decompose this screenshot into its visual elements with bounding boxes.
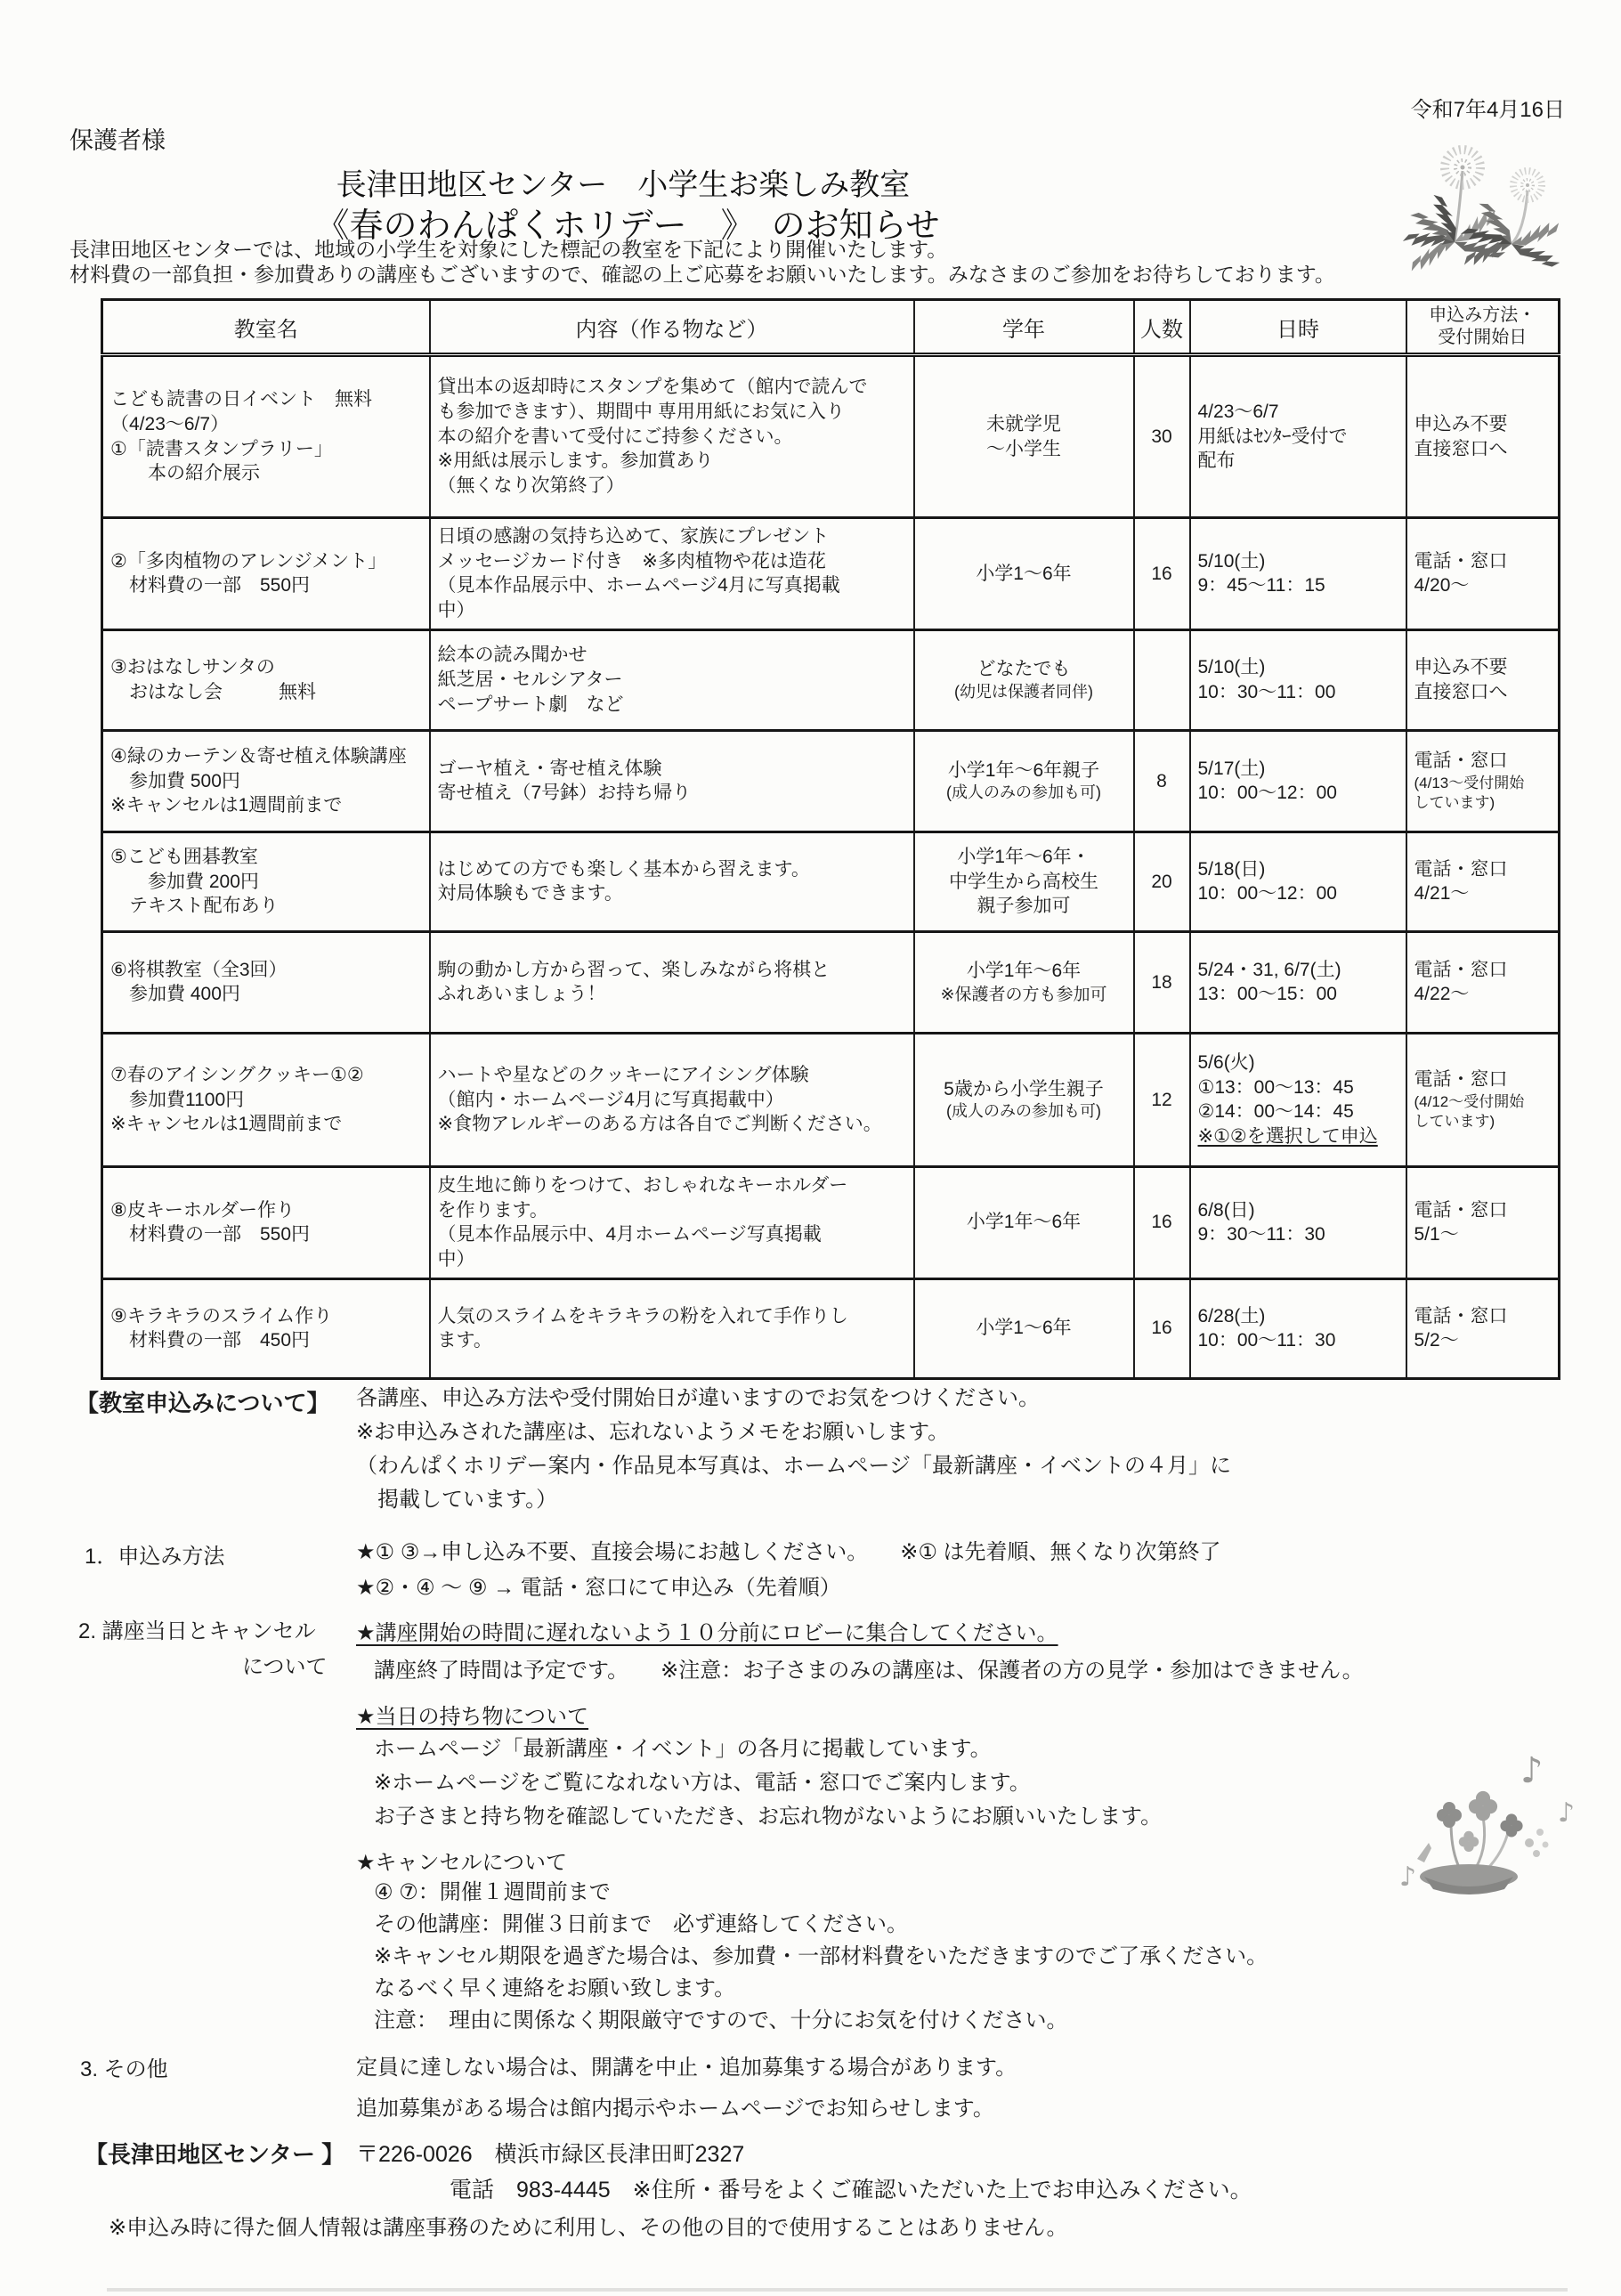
cell-line: ①13：00～13：45	[1198, 1075, 1398, 1100]
belongings-lines: ホームページ「最新講座・イベント」の各月に掲載しています。※ホームページをご覧に…	[374, 1732, 1162, 1834]
table-row: ②「多肉植物のアレンジメント」 材料費の一部 550円日頃の感謝の気持ち込めて、…	[102, 518, 1560, 630]
text-line: ※ホームページをご覧になれない方は、電話・窓口でご案内します。	[374, 1766, 1162, 1800]
cell-line: 直接窓口へ	[1414, 680, 1552, 705]
cell-line: 親子参加可	[922, 894, 1126, 919]
cell-line: (成人のみの参加も可)	[922, 1101, 1126, 1123]
cell-content: はじめての方でも楽しく基本から習えます。対局体験もできます。	[430, 832, 914, 931]
cell-line: 5歳から小学生親子	[922, 1077, 1126, 1102]
cell-capacity: 12	[1134, 1033, 1190, 1166]
text-line: ★① ③→申し込み不要、直接会場にお越しください。 ※① は先着順、無くなり次第…	[356, 1535, 1221, 1570]
cell-name: ⑤こども囲碁教室 参加費 200円 テキスト配布あり	[102, 832, 430, 931]
cell-grade: どなたでも(幼児は保護者同伴)	[914, 629, 1134, 730]
cell-line: 6/28(土)	[1198, 1304, 1398, 1329]
cell-line: 5/10(土)	[1198, 655, 1398, 680]
cell-line: 中学生から高校生	[922, 870, 1126, 895]
cell-line: テキスト配布あり	[110, 894, 422, 919]
cell-content: ハートや星などのクッキーにアイシング体験（館内・ホームページ4月に写真掲載中）※…	[430, 1033, 914, 1166]
cell-datetime: 5/18(日)10：00～12：00	[1190, 832, 1406, 931]
text-line: 追加募集がある場合は館内掲示やホームページでお知らせします。	[356, 2089, 1017, 2130]
text-line: 掲載しています。）	[356, 1483, 1231, 1517]
cell-line: しています)	[1414, 793, 1552, 813]
cell-line: (幼児は保護者同伴)	[922, 682, 1126, 703]
text-line: 注意： 理由に関係なく期限厳守ですので、十分にお気を付けください。	[374, 2005, 1268, 2037]
cell-line: 対局体験もできます。	[438, 881, 906, 906]
cell-capacity: 20	[1134, 832, 1190, 931]
text-line: なるべく早く連絡をお願い致します。	[374, 1973, 1268, 2005]
cell-line: 小学1～6年	[922, 562, 1126, 587]
cell-line: ハートや星などのクッキーにアイシング体験	[438, 1063, 906, 1088]
cell-grade: 小学1～6年	[914, 1278, 1134, 1378]
cell-line: はじめての方でも楽しく基本から習えます。	[438, 857, 906, 882]
table-row: ⑧皮キーホルダー作り 材料費の一部 550円皮生地に飾りをつけて、おしゃれなキー…	[102, 1166, 1560, 1278]
cell-capacity: 18	[1134, 931, 1190, 1033]
cell-line: 電話・窓口	[1414, 958, 1552, 983]
cell-name: ④緑のカーテン＆寄せ植え体験講座 参加費 500円※キャンセルは1週間前まで	[102, 730, 430, 832]
item1-lines: ★① ③→申し込み不要、直接会場にお越しください。 ※① は先着順、無くなり次第…	[356, 1535, 1221, 1606]
footer-center-label: 【長津田地区センター 】	[85, 2137, 344, 2170]
cell-line: 用紙はｾﾝﾀｰ受付で	[1198, 425, 1398, 450]
cell-name: ⑧皮キーホルダー作り 材料費の一部 550円	[102, 1166, 430, 1278]
svg-text:♪: ♪	[1399, 1862, 1416, 1893]
item1-label: 1．申込み方法	[85, 1538, 224, 1570]
cell-line: （館内・ホームページ4月に写真掲載中）	[438, 1088, 906, 1113]
cell-line: ます。	[438, 1328, 906, 1353]
cell-content: ゴーヤ植え・寄せ植え体験寄せ植え（7号鉢）お持ち帰り	[430, 730, 914, 832]
item2-label-line2: について	[242, 1649, 328, 1680]
cell-line: 電話・窓口	[1414, 1304, 1552, 1329]
cell-line: ⑤こども囲碁教室	[110, 845, 422, 870]
cell-apply: 電話・窓口5/2～	[1406, 1278, 1560, 1378]
cell-line: 貸出本の返却時にスタンプを集めて（館内で読んで	[438, 375, 906, 400]
cell-line: ②14：00～14：45	[1198, 1099, 1398, 1124]
table-row: こども読書の日イベント 無料（4/23～6/7）①「読書スタンプラリー」 本の紹…	[102, 355, 1560, 518]
col-header-class-name: 教室名	[102, 300, 430, 355]
cell-line: 材料費の一部 450円	[110, 1328, 422, 1353]
document-date: 令和7年4月16日	[1411, 92, 1565, 123]
cell-line: を作ります。	[438, 1198, 906, 1223]
text-line: その他講座：開催３日前まで 必ず連絡してください。	[374, 1909, 1268, 1941]
notes-section-lines: 各講座、申込み方法や受付開始日が違いますのでお気をつけください。※お申込みされた…	[356, 1382, 1231, 1517]
cell-line: 絵本の読み聞かせ	[438, 643, 906, 668]
table-row: ⑨キラキラのスライム作り 材料費の一部 450円人気のスライムをキラキラの粉を入…	[102, 1278, 1560, 1378]
cell-capacity: 16	[1134, 1278, 1190, 1378]
cell-grade: 小学1～6年	[914, 518, 1134, 630]
cell-line: 10：30～11：00	[1198, 680, 1398, 705]
col-header-capacity: 人数	[1134, 300, 1190, 355]
cell-content: 日頃の感謝の気持ち込めて、家族にプレゼントメッセージカード付き ※多肉植物や花は…	[430, 518, 914, 630]
cell-datetime: 6/28(土)10：00～11：30	[1190, 1278, 1406, 1378]
cell-line: ※キャンセルは1週間前まで	[110, 793, 422, 818]
cell-datetime: 6/8(日)9：30～11：30	[1190, 1166, 1406, 1278]
cell-name: ⑨キラキラのスライム作り 材料費の一部 450円	[102, 1278, 430, 1378]
cell-grade: 5歳から小学生親子(成人のみの参加も可)	[914, 1033, 1134, 1166]
cell-line: 人気のスライムをキラキラの粉を入れて手作りし	[438, 1304, 906, 1329]
col-header-datetime: 日時	[1190, 300, 1406, 355]
cell-line: 小学1年～6年・	[922, 845, 1126, 870]
cell-line: 中）	[438, 1247, 906, 1272]
cell-line: メッセージカード付き ※多肉植物や花は造花	[438, 549, 906, 574]
col-header-apply: 申込み方法・ 受付開始日	[1406, 300, 1560, 355]
item2-rule-punctuality: ★講座開始の時間に遅れないよう１０分前にロビーに集合してください。	[356, 1615, 1058, 1646]
cell-line: 5/2～	[1414, 1328, 1552, 1353]
classes-table-body: こども読書の日イベント 無料（4/23～6/7）①「読書スタンプラリー」 本の紹…	[102, 355, 1560, 1379]
cell-apply: 電話・窓口4/21～	[1406, 832, 1560, 931]
cell-content: 駒の動かし方から習って、楽しみながら将棋とふれあいましょう！	[430, 931, 914, 1033]
cell-line: （見本作品展示中、4月ホームページ写真掲載	[438, 1222, 906, 1247]
table-row: ⑥将棋教室（全3回） 参加費 400円駒の動かし方から習って、楽しみながら将棋と…	[102, 931, 1560, 1033]
cell-line: 申込み不要	[1414, 412, 1552, 437]
cell-line: 紙芝居・セルシアター	[438, 668, 906, 693]
cell-line: 小学1年～6年	[922, 959, 1126, 984]
item3-lines: 定員に達しない場合は、開講を中止・追加募集する場合があります。追加募集がある場合…	[356, 2048, 1017, 2130]
cell-line: おはなし会 無料	[110, 680, 422, 705]
cell-line: 電話・窓口	[1414, 857, 1552, 882]
clover-music-illustration: ♪ ♪ ♪	[1317, 1736, 1593, 1901]
cell-datetime: 4/23～6/7用紙はｾﾝﾀｰ受付で配布	[1190, 355, 1406, 518]
cell-line: ⑧皮キーホルダー作り	[110, 1198, 422, 1223]
table-row: ④緑のカーテン＆寄せ植え体験講座 参加費 500円※キャンセルは1週間前までゴー…	[102, 730, 1560, 832]
item3-label: 3. その他	[80, 2051, 168, 2082]
text-line: 定員に達しない場合は、開講を中止・追加募集する場合があります。	[356, 2048, 1017, 2089]
cell-grade: 小学1年～6年	[914, 1166, 1134, 1278]
cell-line: しています)	[1414, 1112, 1552, 1132]
text-line: ホームページ「最新講座・イベント」の各月に掲載しています。	[374, 1732, 1162, 1766]
table-row: ③おはなしサンタの おはなし会 無料絵本の読み聞かせ紙芝居・セルシアターペープサ…	[102, 629, 1560, 730]
cell-line: 中）	[438, 598, 906, 623]
cell-grade: 小学1年～6年・中学生から高校生親子参加可	[914, 832, 1134, 931]
table-row: ⑦春のアイシングクッキー①② 参加費1100円※キャンセルは1週間前までハートや…	[102, 1033, 1560, 1166]
text-line: 各講座、申込み方法や受付開始日が違いますのでお気をつけください。	[356, 1382, 1231, 1416]
cell-line: 日頃の感謝の気持ち込めて、家族にプレゼント	[438, 524, 906, 549]
document-page: 令和7年4月16日 保護者様 長津田地区センター 小学生お楽しみ教室 《春のわん…	[0, 0, 1621, 2296]
cell-capacity: 30	[1134, 355, 1190, 518]
cell-line: ※保護者の方も参加可	[922, 984, 1126, 1006]
dandelion-illustration	[1378, 134, 1592, 294]
cell-line: 電話・窓口	[1414, 749, 1552, 774]
cell-line: 小学1年～6年親子	[922, 759, 1126, 783]
cell-line: ②「多肉植物のアレンジメント」	[110, 549, 422, 574]
cell-line: (4/12～受付開始	[1414, 1092, 1552, 1112]
cell-line: 材料費の一部 550円	[110, 573, 422, 598]
cell-line: 駒の動かし方から習って、楽しみながら将棋と	[438, 958, 906, 983]
svg-text:♪: ♪	[1520, 1750, 1544, 1791]
col-header-content: 内容（作る物など）	[430, 300, 914, 355]
cell-name: ⑥将棋教室（全3回） 参加費 400円	[102, 931, 430, 1033]
cell-content: 貸出本の返却時にスタンプを集めて（館内で読んでも参加できます）、期間中 専用用紙…	[430, 355, 914, 518]
cell-content: 皮生地に飾りをつけて、おしゃれなキーホルダーを作ります。（見本作品展示中、4月ホ…	[430, 1166, 914, 1278]
cell-line: 4/21～	[1414, 881, 1552, 906]
cell-datetime: 5/10(土)9：45～11：15	[1190, 518, 1406, 630]
cell-line: どなたでも	[922, 657, 1126, 682]
cell-line: ※キャンセルは1週間前まで	[110, 1112, 422, 1137]
recipient: 保護者様	[69, 121, 166, 156]
footer-privacy-note: ※申込み時に得た個人情報は講座事務のために利用し、その他の目的で使用することはあ…	[109, 2210, 1068, 2241]
cell-line: 10：00～12：00	[1198, 781, 1398, 806]
cell-line: こども読書の日イベント 無料	[110, 387, 422, 412]
cell-line: 4/20～	[1414, 573, 1552, 598]
cell-line: 配布	[1198, 449, 1398, 474]
cell-content: 人気のスライムをキラキラの粉を入れて手作りします。	[430, 1278, 914, 1378]
cell-line: （無くなり次第終了）	[438, 474, 906, 499]
notes-section-label: 【教室申込みについて】	[76, 1385, 329, 1418]
cell-datetime: 5/10(土)10：30～11：00	[1190, 629, 1406, 730]
cell-line: 10：00～12：00	[1198, 881, 1398, 906]
text-line: ※キャンセル期限を過ぎた場合は、参加費・一部材料費をいただきますのでご了承くださ…	[374, 1941, 1268, 1973]
cell-line: 9：30～11：30	[1198, 1222, 1398, 1247]
cell-line: 5/6(火)	[1198, 1051, 1398, 1075]
cell-datetime: 5/6(火)①13：00～13：45②14：00～14：45※①②を選択して申込	[1190, 1033, 1406, 1166]
cell-line: 参加費1100円	[110, 1088, 422, 1113]
cell-line: 未就学児	[922, 412, 1126, 437]
cell-line: 皮生地に飾りをつけて、おしゃれなキーホルダー	[438, 1173, 906, 1198]
cell-grade: 小学1年～6年親子(成人のみの参加も可)	[914, 730, 1134, 832]
cell-line: 本の紹介展示	[110, 461, 422, 486]
cell-apply: 申込み不要直接窓口へ	[1406, 629, 1560, 730]
footer-address: 〒226-0026 横浜市緑区長津田町2327	[356, 2137, 744, 2169]
cell-name: ⑦春のアイシングクッキー①② 参加費1100円※キャンセルは1週間前まで	[102, 1033, 430, 1166]
classes-table: 教室名 内容（作る物など） 学年 人数 日時 申込み方法・ 受付開始日 こども読…	[101, 298, 1560, 1380]
cell-line: （見本作品展示中、ホームページ4月に写真掲載	[438, 573, 906, 598]
footer-phone: 電話 983-4445 ※住所・番号をよくご確認いただいた上でお申込みください。	[450, 2172, 1252, 2204]
cell-line: も参加できます）、期間中 専用用紙にお気に入り	[438, 400, 906, 425]
cell-line: 直接窓口へ	[1414, 437, 1552, 462]
table-row: ⑤こども囲碁教室 参加費 200円 テキスト配布ありはじめての方でも楽しく基本か…	[102, 832, 1560, 931]
cell-line: 電話・窓口	[1414, 1067, 1552, 1092]
text-line: （わんぱくホリデー案内・作品見本写真は、ホームページ「最新講座・イベントの４月」…	[356, 1449, 1231, 1483]
cell-name: ②「多肉植物のアレンジメント」 材料費の一部 550円	[102, 518, 430, 630]
cell-content: 絵本の読み聞かせ紙芝居・セルシアターペープサート劇 など	[430, 629, 914, 730]
cell-line: 5/1～	[1414, 1222, 1552, 1247]
belongings-heading: ★当日の持ち物について	[356, 1699, 588, 1730]
intro-line2: 材料費の一部負担・参加費ありの講座もございますので、確認の上ご応募をお願いいたし…	[69, 258, 1335, 288]
cell-line: 4/22～	[1414, 982, 1552, 1007]
cell-line: ④緑のカーテン＆寄せ植え体験講座	[110, 744, 422, 769]
cell-line: 参加費 200円	[110, 870, 422, 895]
cell-line: ～小学生	[922, 437, 1126, 462]
cell-line: 5/18(日)	[1198, 857, 1398, 882]
cell-line: ※①②を選択して申込	[1198, 1124, 1398, 1149]
cell-apply: 申込み不要直接窓口へ	[1406, 355, 1560, 518]
cell-capacity	[1134, 629, 1190, 730]
cell-line: 6/8(日)	[1198, 1198, 1398, 1223]
cell-line: ①「読書スタンプラリー」	[110, 437, 422, 462]
cell-line: 参加費 500円	[110, 769, 422, 794]
cell-line: 寄せ植え（7号鉢）お持ち帰り	[438, 781, 906, 806]
cell-line: (4/13～受付開始	[1414, 774, 1552, 793]
text-line: ※お申込みされた講座は、忘れないようメモをお願いします。	[356, 1416, 1231, 1449]
cell-line: 5/10(土)	[1198, 549, 1398, 574]
cell-apply: 電話・窓口4/20～	[1406, 518, 1560, 630]
cell-line: ※食物アレルギーのある方は各自でご判断ください。	[438, 1112, 906, 1137]
cancel-heading: ★キャンセルについて	[356, 1845, 567, 1876]
cell-datetime: 5/17(土)10：00～12：00	[1190, 730, 1406, 832]
cell-line: 材料費の一部 550円	[110, 1222, 422, 1247]
cell-name: ③おはなしサンタの おはなし会 無料	[102, 629, 430, 730]
cell-line: 電話・窓口	[1414, 1198, 1552, 1223]
cell-datetime: 5/24・31, 6/7(土)13：00～15：00	[1190, 931, 1406, 1033]
cell-line: 小学1年～6年	[922, 1210, 1126, 1235]
cell-apply: 電話・窓口5/1～	[1406, 1166, 1560, 1278]
cell-capacity: 8	[1134, 730, 1190, 832]
cell-line: 10：00～11：30	[1198, 1328, 1398, 1353]
cell-apply: 電話・窓口4/22～	[1406, 931, 1560, 1033]
cell-line: ⑦春のアイシングクッキー①②	[110, 1063, 422, 1088]
cancel-lines: ④ ⑦：開催１週間前までその他講座：開催３日前まで 必ず連絡してください。※キャ…	[374, 1877, 1268, 2037]
cell-line: 参加費 400円	[110, 982, 422, 1007]
svg-text:♪: ♪	[1558, 1797, 1575, 1829]
cell-line: 申込み不要	[1414, 655, 1552, 680]
item2-rule-endtime: 講座終了時間は予定です。 ※注意：お子さまのみの講座は、保護者の方の見学・参加は…	[374, 1652, 1364, 1683]
cell-line: 4/23～6/7	[1198, 400, 1398, 425]
cell-line: ⑥将棋教室（全3回）	[110, 958, 422, 983]
text-line: ★②・④ ～ ⑨ → 電話・窓口にて申込み（先着順）	[356, 1570, 1221, 1606]
table-header-row: 教室名 内容（作る物など） 学年 人数 日時 申込み方法・ 受付開始日	[102, 300, 1560, 355]
cell-line: ※用紙は展示します。参加賞あり	[438, 449, 906, 474]
item2-label-line1: 2. 講座当日とキャンセル	[78, 1613, 316, 1644]
cell-line: ゴーヤ植え・寄せ植え体験	[438, 757, 906, 782]
scan-artifact-band	[107, 2288, 1568, 2292]
cell-capacity: 16	[1134, 518, 1190, 630]
cell-line: ふれあいましょう！	[438, 982, 906, 1007]
col-header-grade: 学年	[914, 300, 1134, 355]
cell-line: ⑨キラキラのスライム作り	[110, 1304, 422, 1329]
cell-line: ③おはなしサンタの	[110, 655, 422, 680]
cell-apply: 電話・窓口(4/13～受付開始しています)	[1406, 730, 1560, 832]
cell-line: (成人のみの参加も可)	[922, 783, 1126, 804]
cell-line: 5/24・31, 6/7(土)	[1198, 958, 1398, 983]
cell-line: 電話・窓口	[1414, 549, 1552, 574]
cell-grade: 小学1年～6年※保護者の方も参加可	[914, 931, 1134, 1033]
cell-grade: 未就学児～小学生	[914, 355, 1134, 518]
cell-line: （4/23～6/7）	[110, 412, 422, 437]
cell-line: 小学1～6年	[922, 1316, 1126, 1341]
cell-name: こども読書の日イベント 無料（4/23～6/7）①「読書スタンプラリー」 本の紹…	[102, 355, 430, 518]
cell-apply: 電話・窓口(4/12～受付開始しています)	[1406, 1033, 1560, 1166]
cell-capacity: 16	[1134, 1166, 1190, 1278]
cell-line: ペープサート劇 など	[438, 693, 906, 718]
cell-line: 本の紹介を書いて受付にご持参ください。	[438, 425, 906, 450]
cell-line: 5/17(土)	[1198, 757, 1398, 782]
cell-line: 13：00～15：00	[1198, 982, 1398, 1007]
text-line: お子さまと持ち物を確認していただき、お忘れ物がないようにお願いいたします。	[374, 1800, 1162, 1834]
text-line: ④ ⑦：開催１週間前まで	[374, 1877, 1268, 1909]
cell-line: 9：45～11：15	[1198, 573, 1398, 598]
